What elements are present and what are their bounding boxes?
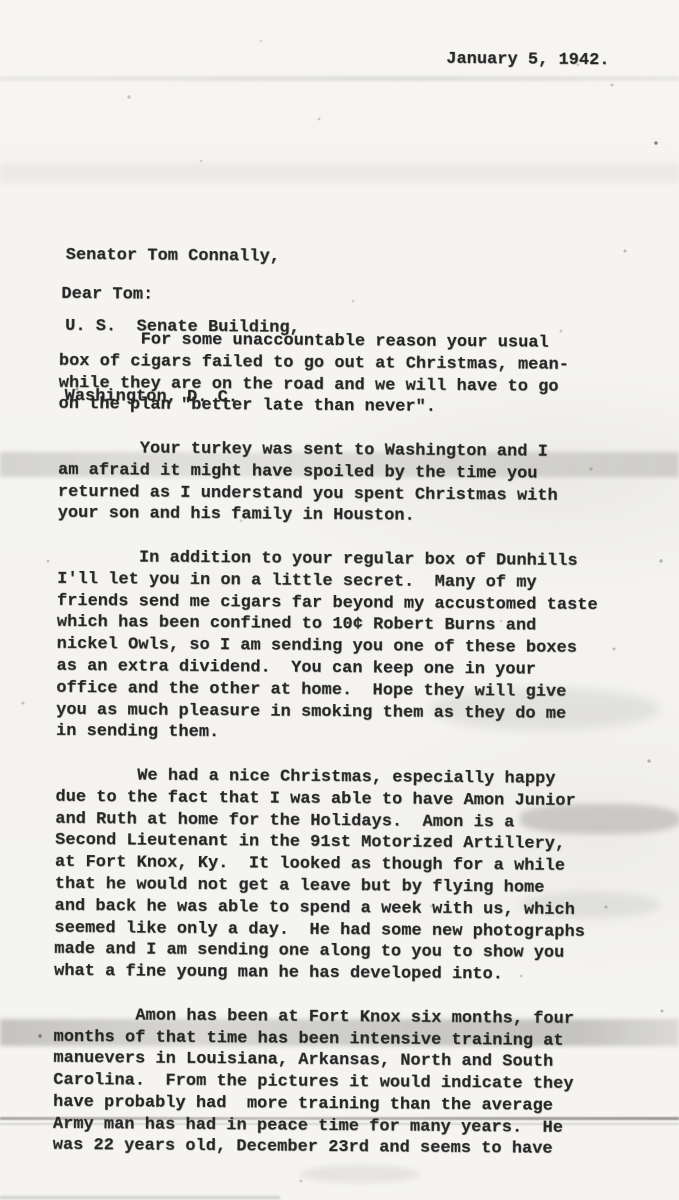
letter-line: what a fine young man he has developed i…: [54, 961, 644, 987]
letter-line: in sending them.: [56, 721, 646, 747]
letter-paragraph: For some unaccountable reason your usual…: [58, 329, 649, 421]
letter-date: January 5, 1942.: [446, 50, 609, 70]
recipient-address-line: Senator Tom Connally,: [66, 244, 301, 269]
letter-paragraph: In addition to your regular box of Dunhi…: [56, 547, 648, 748]
salutation: Dear Tom:: [61, 285, 153, 305]
letter-sheet: January 5, 1942. Senator Tom Connally, U…: [0, 0, 679, 1200]
letter-paragraph: Your turkey was sent to Washington and I…: [58, 438, 649, 530]
letter-paragraph: We had a nice Christmas, especially happ…: [54, 765, 646, 988]
letter-line: was 22 years old, December 23rd and seem…: [53, 1135, 643, 1161]
scanned-letter-page: January 5, 1942. Senator Tom Connally, U…: [0, 0, 679, 1200]
letter-paragraph: Amon has been at Fort Knox six months, f…: [53, 1004, 644, 1161]
letter-line: on the plan "better late than never".: [58, 394, 648, 420]
letter-body: For some unaccountable reason your usual…: [52, 329, 649, 1184]
letter-line: your son and his family in Houston.: [58, 503, 648, 529]
